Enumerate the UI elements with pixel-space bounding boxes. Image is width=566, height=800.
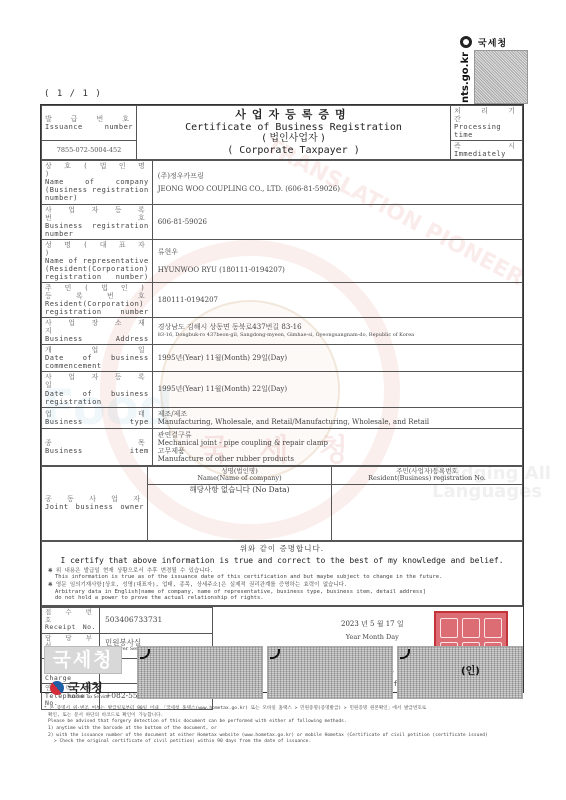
verification-barcode-2 [267, 646, 393, 699]
table-row: 종 목Business item 관연결구류Mechanical joint -… [42, 428, 523, 465]
resident-reg-number-value: 180111-0194207 [152, 282, 522, 317]
registration-date-value: 1995년(Year) 11월(Month) 22일(Day) [152, 372, 522, 407]
verification-barcode-1 [137, 646, 263, 699]
joint-owner-regno-value [332, 484, 523, 540]
business-address-value: 경상남도 김해시 상동면 동북로437번길 83-1683-16, Dongbu… [152, 318, 522, 345]
nts-url: nts.go.kr [460, 52, 471, 103]
commencement-date-value: 1995년(Year) 11월(Month) 29일(Day) [152, 345, 522, 372]
note-mark-icon: ※ [48, 582, 53, 588]
table-row: 상 호 ( 법 인 명 )Name of company (Business r… [42, 161, 523, 204]
verification-barcode-3 [397, 646, 523, 699]
registration-date-label: 사 업 자 등 록 일Date of business registration [42, 372, 153, 407]
company-name-label: 상 호 ( 법 인 명 )Name of company (Business r… [42, 161, 153, 204]
table-row: 사 업 장 소 재 지Business Address 경상남도 김해시 상동면… [42, 318, 523, 345]
joint-col-name-header: 성명(법인명)Name(Name of company) [148, 466, 332, 484]
nts-gray-logo: 국세청 [44, 646, 122, 674]
certification-notes: ※ 위 내용은 발급일 현재 상황으로서 추후 변경될 수 있습니다. This… [48, 568, 516, 602]
table-row: 성 명 ( 대 표 자 )Name of representative (Res… [42, 239, 523, 282]
company-name-value: (주)정우카프링JEONG WOO COUPLING CO., LTD. (60… [152, 161, 522, 204]
joint-owner-value: 해당사항 없습니다 (No Data) [148, 484, 332, 540]
title-ko: 사업자등록증명 [137, 109, 450, 122]
commencement-date-label: 개 업 일Date of business commencement [42, 345, 153, 372]
business-type-label: 업 태Business type [42, 407, 153, 428]
receipt-no-value: 503406733731 [100, 608, 213, 633]
table-row: 사 업 자 등 록 번 호Business registration numbe… [42, 204, 523, 239]
certify-en: I certify that above information is true… [48, 556, 516, 565]
business-item-label: 종 목Business item [42, 428, 153, 465]
representative-value: 류현우HYUNWOO RYU (180111-0194207) [152, 239, 522, 282]
business-type-value: 제조/제조Manufacturing, Wholesale, and Retai… [152, 407, 522, 428]
note-1: ※ 위 내용은 발급일 현재 상황으로서 추후 변경될 수 있습니다. This… [48, 568, 516, 581]
representative-label: 성 명 ( 대 표 자 )Name of representative (Res… [42, 239, 153, 282]
nts-logo-en: National Tax Service [68, 694, 109, 699]
subtitle-ko: ( 법인사업자 ) [137, 133, 450, 145]
certify-ko: 위와 같이 증명합니다. [48, 545, 516, 554]
joint-owner-table: 공 동 사 업 자Joint business owner 성명(법인명)Nam… [41, 466, 523, 541]
nts-mascot-icon [460, 36, 472, 48]
table-row: 개 업 일Date of business commencement 1995년… [42, 345, 523, 372]
document-title: 사업자등록증명 Certificate of Business Registra… [137, 106, 451, 160]
issue-date: 2023 년 5 월 17 일 Year Month Day [341, 619, 404, 641]
table-row: 사 업 자 등 록 일Date of business registration… [42, 372, 523, 407]
joint-col-regno-header: 주민(사업자)등록번호Resident(Business) registrati… [332, 466, 523, 484]
business-reg-number-label: 사 업 자 등 록 번 호Business registration numbe… [42, 204, 153, 239]
title-table: 발 급 번 호 Issuance number 사업자등록증명 Certific… [41, 105, 523, 160]
processing-time-label: 처 리 기 간 Processing time [451, 106, 523, 141]
qr-code [474, 50, 528, 104]
issuance-number: 7855-072-5004-452 [42, 141, 137, 160]
certification-table: 위와 같이 증명합니다. I certify that above inform… [41, 541, 523, 606]
subtitle-en: ( Corporate Taxpayer ) [137, 145, 450, 157]
certificate-frame: 발 급 번 호 Issuance number 사업자등록증명 Certific… [40, 104, 524, 693]
note-mark-icon: ※ [48, 568, 53, 574]
table-row: 업 태Business type 제조/제조Manufacturing, Who… [42, 407, 523, 428]
receipt-no-label: 접 수 번 호Receipt No. [42, 608, 100, 633]
nts-verification-block: 국세청 nts.go.kr [454, 34, 534, 104]
certification-statement: 위와 같이 증명합니다. I certify that above inform… [42, 541, 523, 605]
business-item-value: 관연결구류Mechanical joint - pipe coupling & … [152, 428, 522, 465]
nts-title: 국세청 [478, 36, 507, 49]
resident-reg-number-label: 주 민 ( 법 인 ) 등 록 번 호Resident(Corporation)… [42, 282, 153, 317]
registration-details-table: 상 호 ( 법 인 명 )Name of company (Business r… [41, 160, 523, 466]
issuance-number-label: 발 급 번 호 Issuance number [42, 106, 137, 141]
seal-mark: (인) [461, 662, 480, 677]
processing-time-value: 즉 시 Immediately [451, 141, 523, 160]
note-2: ※ 영문 임의기재사항[상호, 성명(대표자), 업태, 종목, 상세주소]은 … [48, 582, 516, 601]
business-address-label: 사 업 장 소 재 지Business Address [42, 318, 153, 345]
page-indicator: ( 1 / 1 ) [44, 89, 102, 99]
business-reg-number-value: 606-81-59026 [152, 204, 522, 239]
forgery-detection-notice: * 본 증명서 위·변조 여부는 발급일로부터 90일 이내 「국세청 홈택스(… [44, 706, 524, 746]
joint-owner-label: 공 동 사 업 자Joint business owner [42, 466, 148, 540]
table-row: 접 수 번 호Receipt No. 503406733731 [42, 608, 213, 633]
table-row: 주 민 ( 법 인 ) 등 록 번 호Resident(Corporation)… [42, 282, 523, 317]
title-en: Certificate of Business Registration [137, 122, 450, 134]
